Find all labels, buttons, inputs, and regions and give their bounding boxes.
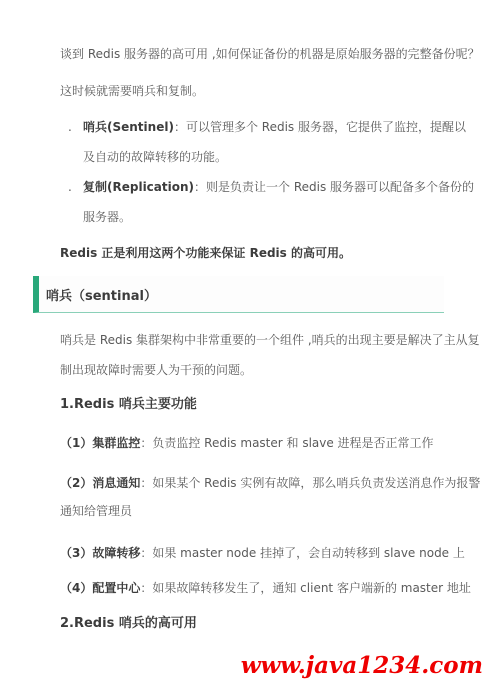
feature-description: ：如果 master node 挂掉了，会自动转移到 slave node 上 [140,546,465,560]
term-description: ：可以管理多个 Redis 服务器，它提供了监控，提醒以 [174,120,466,134]
feature-description: ：负责监控 Redis master 和 slave 进程是否正常工作 [140,436,433,450]
conclusion-text: Redis 正是利用这两个功能来保证 Redis 的高可用。 [60,238,447,268]
bullet-dot-icon: . [68,172,72,202]
bullet-dot-icon: . [68,112,72,142]
paragraph-line: 谈到 Redis 服务器的高可用 ,如何保证备份的机器是原始服务器的完整备份呢？ [60,36,447,73]
feature-item-2: （2）消息通知：如果某个 Redis 实例有故障，那么哨兵负责发送消息作为报警 … [60,469,447,525]
paragraph-line: 这时候就需要哨兵和复制。 [60,73,447,110]
feature-description: ：如果某个 Redis 实例有故障，那么哨兵负责发送消息作为报警 [140,476,480,490]
feature-line: （4）配置中心：如果故障转移发生了，通知 client 客户端新的 master… [60,574,447,602]
conclusion-paragraph: Redis 正是利用这两个功能来保证 Redis 的高可用。 [60,238,447,268]
feature-term: （1）集群监控 [60,436,140,450]
list-item-line: 及自动的故障转移的功能。 [83,142,447,172]
feature-term: （2）消息通知 [60,476,140,490]
term-description: ：则是负责让一个 Redis 服务器可以配备多个备份的 [194,180,474,194]
section-header: 哨兵（sentinal） [33,276,444,313]
list-item: . 哨兵(Sentinel)：可以管理多个 Redis 服务器，它提供了监控，提… [60,112,447,172]
feature-item-3: （3）故障转移：如果 master node 挂掉了，会自动转移到 slave … [60,539,447,567]
list-item-line: 服务器。 [83,202,447,232]
term-sentinel: 哨兵(Sentinel) [83,120,174,134]
intro-paragraph: 谈到 Redis 服务器的高可用 ,如何保证备份的机器是原始服务器的完整备份呢？… [60,0,447,110]
article-body-section: 哨兵是 Redis 集群架构中非常重要的一个组件 ,哨兵的出现主要是解决了主从复… [60,325,447,636]
list-item-line: 复制(Replication)：则是负责让一个 Redis 服务器可以配备多个备… [83,172,447,202]
feature-term: （3）故障转移 [60,546,140,560]
subheading-high-availability: 2.Redis 哨兵的高可用 [60,612,447,636]
bullet-list: . 哨兵(Sentinel)：可以管理多个 Redis 服务器，它提供了监控，提… [60,112,447,232]
watermark-url: www.java1234.com [241,652,483,679]
paragraph-line: 制出现故障时需要人为干预的问题。 [60,355,447,385]
section-paragraph: 哨兵是 Redis 集群架构中非常重要的一个组件 ,哨兵的出现主要是解决了主从复… [60,325,447,385]
feature-item-4: （4）配置中心：如果故障转移发生了，通知 client 客户端新的 master… [60,574,447,602]
feature-term: （4）配置中心 [60,581,140,595]
feature-line: （2）消息通知：如果某个 Redis 实例有故障，那么哨兵负责发送消息作为报警 [60,469,447,497]
feature-line: （3）故障转移：如果 master node 挂掉了，会自动转移到 slave … [60,539,447,567]
feature-item-1: （1）集群监控：负责监控 Redis master 和 slave 进程是否正常… [60,429,447,457]
paragraph-line: 哨兵是 Redis 集群架构中非常重要的一个组件 ,哨兵的出现主要是解决了主从复 [60,325,447,355]
feature-description: ：如果故障转移发生了，通知 client 客户端新的 master 地址 [140,581,471,595]
feature-line: 通知给管理员 [60,497,447,525]
document-page: 谈到 Redis 服务器的高可用 ,如何保证备份的机器是原始服务器的完整备份呢？… [0,0,497,689]
term-replication: 复制(Replication) [83,180,194,194]
list-item: . 复制(Replication)：则是负责让一个 Redis 服务器可以配备多… [60,172,447,232]
article-body-top: 谈到 Redis 服务器的高可用 ,如何保证备份的机器是原始服务器的完整备份呢？… [60,0,447,268]
section-title: 哨兵（sentinal） [46,285,157,304]
list-item-line: 哨兵(Sentinel)：可以管理多个 Redis 服务器，它提供了监控，提醒以 [83,112,447,142]
subheading-main-functions: 1.Redis 哨兵主要功能 [60,393,447,417]
feature-line: （1）集群监控：负责监控 Redis master 和 slave 进程是否正常… [60,429,447,457]
